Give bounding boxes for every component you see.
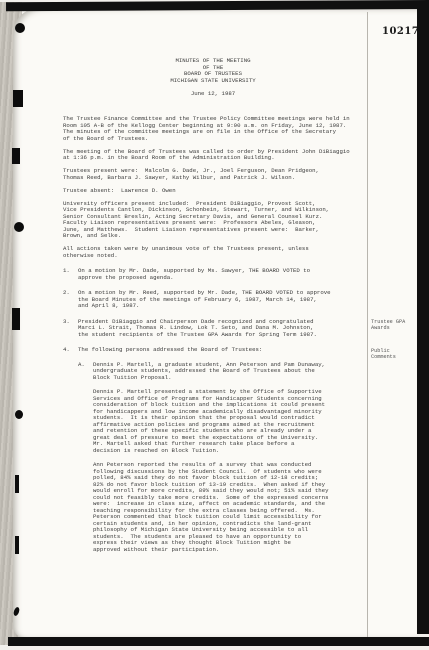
paragraph-committee-meetings: The Trustee Finance Committee and the Tr… bbox=[63, 116, 363, 142]
item-number: 1. bbox=[63, 268, 78, 281]
binding-mark bbox=[13, 90, 23, 107]
agenda-item-1: 1. On a motion by Mr. Dade, supported by… bbox=[63, 268, 363, 281]
document-title: MINUTES OF THE MEETING OF THE BOARD OF T… bbox=[63, 58, 363, 84]
paragraph-trustee-absent: Trustee absent: Lawrence D. Owen bbox=[63, 188, 363, 195]
margin-note-public-comments: Public Comments bbox=[371, 348, 396, 360]
hole-punch-mark bbox=[15, 410, 23, 419]
paragraph-officers-present: University officers present included: Pr… bbox=[63, 201, 363, 240]
item-text: On a motion by Mr. Reed, supported by Mr… bbox=[78, 290, 363, 310]
subitem-label: A. bbox=[78, 362, 93, 382]
page-number-stamp: 10217 bbox=[382, 26, 419, 37]
title-line-4: MICHIGAN STATE UNIVERSITY bbox=[63, 78, 363, 85]
subitem-text: Dennis P. Martell, a graduate student, A… bbox=[93, 362, 325, 382]
hole-punch-mark bbox=[15, 23, 25, 33]
binding-mark bbox=[15, 475, 19, 493]
margin-note-trustee-gpa-awards: Trustee GPA Awards bbox=[371, 319, 405, 331]
binding-mark bbox=[12, 308, 20, 330]
paragraph-trustees-present: Trustees present were: Malcolm G. Dade, … bbox=[63, 168, 363, 181]
scanned-document: 10217 MINUTES OF THE MEETING OF THE BOAR… bbox=[0, 0, 429, 650]
scan-border-right bbox=[417, 4, 429, 634]
agenda-item-3: 3. President DiBiaggio and Chairperson D… bbox=[63, 319, 363, 339]
hole-punch-mark bbox=[14, 222, 24, 232]
item-text: The following persons addressed the Boar… bbox=[78, 347, 363, 354]
paragraph-call-to-order: The meeting of the Board of Trustees was… bbox=[63, 149, 363, 162]
agenda-item-4: 4. The following persons addressed the B… bbox=[63, 347, 363, 354]
statement-peterson: Ann Peterson reported the results of a s… bbox=[93, 462, 363, 553]
document-body: MINUTES OF THE MEETING OF THE BOARD OF T… bbox=[63, 58, 363, 553]
item-text: On a motion by Mr. Dade, supported by Ms… bbox=[78, 268, 363, 281]
item-number: 2. bbox=[63, 290, 78, 310]
statement-martell: Dennis P. Martell presented a statement … bbox=[93, 389, 363, 454]
paragraph-unanimous-note: All actions taken were by unanimous vote… bbox=[63, 246, 363, 259]
agenda-item-2: 2. On a motion by Mr. Reed, supported by… bbox=[63, 290, 363, 310]
binding-mark bbox=[15, 536, 19, 554]
item-number: 3. bbox=[63, 319, 78, 339]
meeting-date: June 12, 1987 bbox=[63, 91, 363, 98]
page-fold-line bbox=[367, 12, 368, 638]
item-text: President DiBiaggio and Chairperson Dade… bbox=[78, 319, 363, 339]
scan-border-bottom bbox=[8, 637, 429, 646]
item-number: 4. bbox=[63, 347, 78, 354]
binding-mark bbox=[12, 148, 20, 164]
agenda-subitem-a: A. Dennis P. Martell, a graduate student… bbox=[78, 362, 363, 382]
